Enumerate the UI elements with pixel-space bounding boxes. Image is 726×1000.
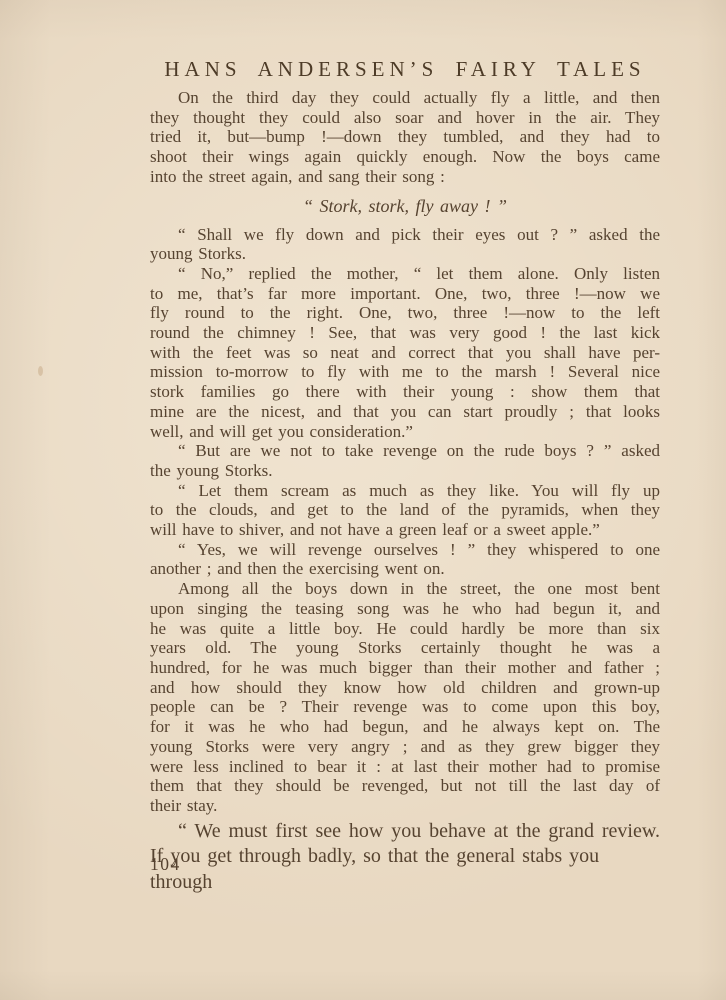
text-column: HANS ANDERSEN’S FAIRY TALES On the third… xyxy=(150,56,660,895)
text-block: On the third day they could actually fly… xyxy=(150,88,660,895)
text-line: they thought they could also soar and ho… xyxy=(150,108,660,128)
text-line: years old. The young Storks certainly th… xyxy=(150,638,660,658)
text-line: “ We must first see how you behave at th… xyxy=(150,819,660,845)
text-line: to me, that’s far more important. One, t… xyxy=(150,284,660,304)
running-header: HANS ANDERSEN’S FAIRY TALES xyxy=(150,56,660,83)
text-line: people can be ? Their revenge was to com… xyxy=(150,697,660,717)
text-line: with the feet was so neat and correct th… xyxy=(150,343,660,363)
text-line: stork families go there with their young… xyxy=(150,382,660,402)
verse: “ Stork, stork, fly away ! ” xyxy=(150,195,660,217)
text-line: round the chimney ! See, that was very g… xyxy=(150,323,660,343)
text-line: young Storks. xyxy=(150,244,660,264)
text-line: another ; and then the exercising went o… xyxy=(150,559,660,579)
text-line: will have to shiver, and not have a gree… xyxy=(150,520,660,540)
text-line: he was quite a little boy. He could hard… xyxy=(150,619,660,639)
text-line: Among all the boys down in the street, t… xyxy=(150,579,660,599)
text-line: into the street again, and sang their so… xyxy=(150,167,660,187)
paper-blemish xyxy=(38,366,43,376)
text-line: their stay. xyxy=(150,796,660,816)
text-line: On the third day they could actually fly… xyxy=(150,88,660,108)
text-line: “ Stork, stork, fly away ! ” xyxy=(150,195,660,217)
book-page: HANS ANDERSEN’S FAIRY TALES On the third… xyxy=(0,0,726,1000)
text-line: and how should they know how old childre… xyxy=(150,678,660,698)
text-line: If you get through badly, so that the ge… xyxy=(150,844,660,895)
paragraph: On the third day they could actually fly… xyxy=(150,88,660,187)
paragraph: Among all the boys down in the street, t… xyxy=(150,579,660,815)
paragraph: “ Let them scream as much as they like. … xyxy=(150,481,660,540)
text-line: them that they should be revenged, but n… xyxy=(150,776,660,796)
page-number: 104 xyxy=(150,854,181,875)
paragraph: “ Yes, we will revenge ourselves ! ” the… xyxy=(150,540,660,579)
text-line: upon singing the teasing song was he who… xyxy=(150,599,660,619)
text-line: for it was he who had begun, and he alwa… xyxy=(150,717,660,737)
text-line: shoot their wings again quickly enough. … xyxy=(150,147,660,167)
text-line: the young Storks. xyxy=(150,461,660,481)
text-line: tried it, but—bump !—down they tumbled, … xyxy=(150,127,660,147)
text-line: to the clouds, and get to the land of th… xyxy=(150,500,660,520)
text-line: “ Shall we fly down and pick their eyes … xyxy=(150,225,660,245)
text-line: “ But are we not to take revenge on the … xyxy=(150,441,660,461)
paragraph: “ We must first see how you behave at th… xyxy=(150,819,660,896)
text-line: “ No,” replied the mother, “ let them al… xyxy=(150,264,660,284)
text-line: were less inclined to bear it : at last … xyxy=(150,757,660,777)
text-line: hundred, for he was much bigger than the… xyxy=(150,658,660,678)
paragraph: “ But are we not to take revenge on the … xyxy=(150,441,660,480)
text-line: young Storks were very angry ; and as th… xyxy=(150,737,660,757)
text-line: mission to-morrow to fly with me to the … xyxy=(150,362,660,382)
text-line: well, and will get you consideration.” xyxy=(150,422,660,442)
text-line: “ Let them scream as much as they like. … xyxy=(150,481,660,501)
text-line: fly round to the right. One, two, three … xyxy=(150,303,660,323)
paragraph: “ No,” replied the mother, “ let them al… xyxy=(150,264,660,441)
text-line: “ Yes, we will revenge ourselves ! ” the… xyxy=(150,540,660,560)
paragraph: “ Shall we fly down and pick their eyes … xyxy=(150,225,660,264)
text-line: mine are the nicest, and that you can st… xyxy=(150,402,660,422)
